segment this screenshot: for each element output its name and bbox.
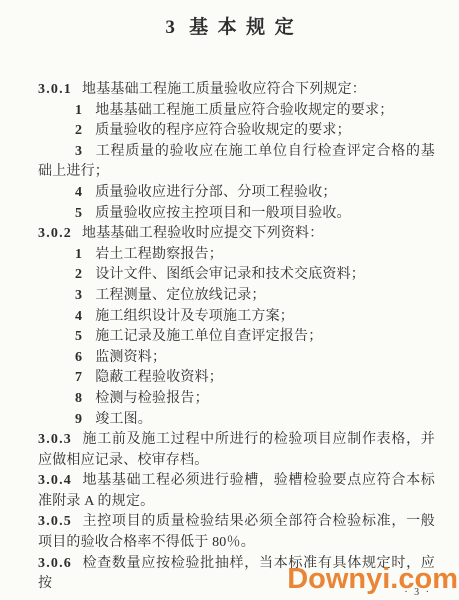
item-number: 3 [75, 288, 82, 303]
item-number: 4 [75, 185, 82, 200]
clause-3-0-2-item-7: 7隐蔽工程验收资料； [38, 368, 435, 389]
clause-3-0-1-item-4: 4质量验收应进行分部、分项工程验收； [38, 183, 435, 204]
downyi-watermark: Downyi.com [287, 565, 458, 594]
clause-text: 主控项目的质量检验结果必须全部符合检验标准，一般项目的验收合格率不得低于 80％… [38, 514, 435, 550]
item-number: 5 [75, 206, 82, 221]
clause-text: 地基基础工程施工质量验收应符合下列规定： [82, 82, 366, 97]
item-text: 质量验收的程序应符合验收规定的要求； [95, 123, 351, 138]
item-text: 竣工图。 [95, 412, 152, 427]
clause-3-0-5: 3.0.5主控项目的质量检验结果必须全部符合检验标准，一般项目的验收合格率不得低… [38, 512, 435, 553]
item-text: 施工记录及施工单位自查评定报告； [95, 329, 322, 344]
item-number: 3 [75, 144, 82, 159]
item-number: 4 [75, 309, 82, 324]
clause-3-0-2-item-9: 9竣工图。 [38, 410, 435, 431]
clause-text: 地基基础工程验收时应提交下列资料： [82, 226, 323, 241]
item-text: 地基基础工程施工质量应符合验收规定的要求； [95, 103, 393, 118]
item-number: 1 [75, 247, 82, 262]
item-text: 监测资料； [95, 350, 166, 365]
item-text: 质量验收应进行分部、分项工程验收； [95, 185, 336, 200]
clause-number: 3.0.4 [38, 473, 72, 488]
clause-3-0-2-item-2: 2设计文件、图纸会审记录和技术交底资料； [38, 265, 435, 286]
item-number: 8 [75, 391, 82, 406]
clause-text: 施工前及施工过程中所进行的检验项目应制作表格，并应做相应记录、校审存档。 [38, 432, 435, 468]
item-number: 2 [75, 123, 82, 138]
clause-text: 地基基础工程必须进行验槽，验槽检验要点应符合本标准附录 A 的规定。 [38, 473, 435, 509]
item-number: 9 [75, 412, 82, 427]
clause-3-0-2-item-4: 4施工组织设计及专项施工方案； [38, 307, 435, 328]
clause-number: 3.0.3 [38, 432, 72, 447]
item-text: 工程质量的验收应在施工单位自行检查评定合格的基础上进行； [38, 144, 435, 180]
page-title: 3基本规定 [38, 12, 421, 39]
clause-3-0-2: 3.0.2地基基础工程验收时应提交下列资料： [38, 224, 435, 245]
clause-3-0-1: 3.0.1地基基础工程施工质量验收应符合下列规定： [38, 80, 435, 101]
item-number: 5 [75, 329, 82, 344]
item-text: 工程测量、定位放线记录； [95, 288, 265, 303]
clause-number: 3.0.1 [38, 82, 72, 97]
clause-3-0-1-item-5: 5质量验收应按主控项目和一般项目验收。 [38, 204, 435, 225]
document-page: 3基本规定 3.0.1地基基础工程施工质量验收应符合下列规定： 1地基基础工程施… [0, 0, 459, 600]
clause-number: 3.0.5 [38, 514, 72, 529]
item-number: 1 [75, 103, 82, 118]
clause-number: 3.0.2 [38, 226, 72, 241]
clause-3-0-3: 3.0.3施工前及施工过程中所进行的检验项目应制作表格，并应做相应记录、校审存档… [38, 430, 435, 471]
clause-3-0-1-item-3: 3工程质量的验收应在施工单位自行检查评定合格的基础上进行； [38, 142, 435, 183]
item-number: 7 [75, 370, 82, 385]
item-text: 岩土工程勘察报告； [95, 247, 223, 262]
item-text: 设计文件、图纸会审记录和技术交底资料； [95, 267, 365, 282]
item-text: 质量验收应按主控项目和一般项目验收。 [95, 206, 351, 221]
chapter-title-text: 基本规定 [189, 17, 303, 38]
clause-3-0-2-item-6: 6监测资料； [38, 348, 435, 369]
clause-3-0-2-item-8: 8检测与检验报告； [38, 389, 435, 410]
chapter-number: 3 [165, 17, 175, 38]
item-number: 2 [75, 267, 82, 282]
item-text: 施工组织设计及专项施工方案； [95, 309, 294, 324]
clause-3-0-2-item-3: 3工程测量、定位放线记录； [38, 286, 435, 307]
clause-number: 3.0.6 [38, 556, 72, 571]
clause-3-0-4: 3.0.4地基基础工程必须进行验槽，验槽检验要点应符合本标准附录 A 的规定。 [38, 471, 435, 512]
clause-3-0-1-item-1: 1地基基础工程施工质量应符合验收规定的要求； [38, 101, 435, 122]
page-number: · 3 · [404, 587, 431, 598]
item-text: 检测与检验报告； [95, 391, 209, 406]
clause-3-0-2-item-1: 1岩土工程勘察报告； [38, 245, 435, 266]
item-number: 6 [75, 350, 82, 365]
clause-3-0-2-item-5: 5施工记录及施工单位自查评定报告； [38, 327, 435, 348]
clause-3-0-1-item-2: 2质量验收的程序应符合验收规定的要求； [38, 121, 435, 142]
item-text: 隐蔽工程验收资料； [95, 370, 223, 385]
